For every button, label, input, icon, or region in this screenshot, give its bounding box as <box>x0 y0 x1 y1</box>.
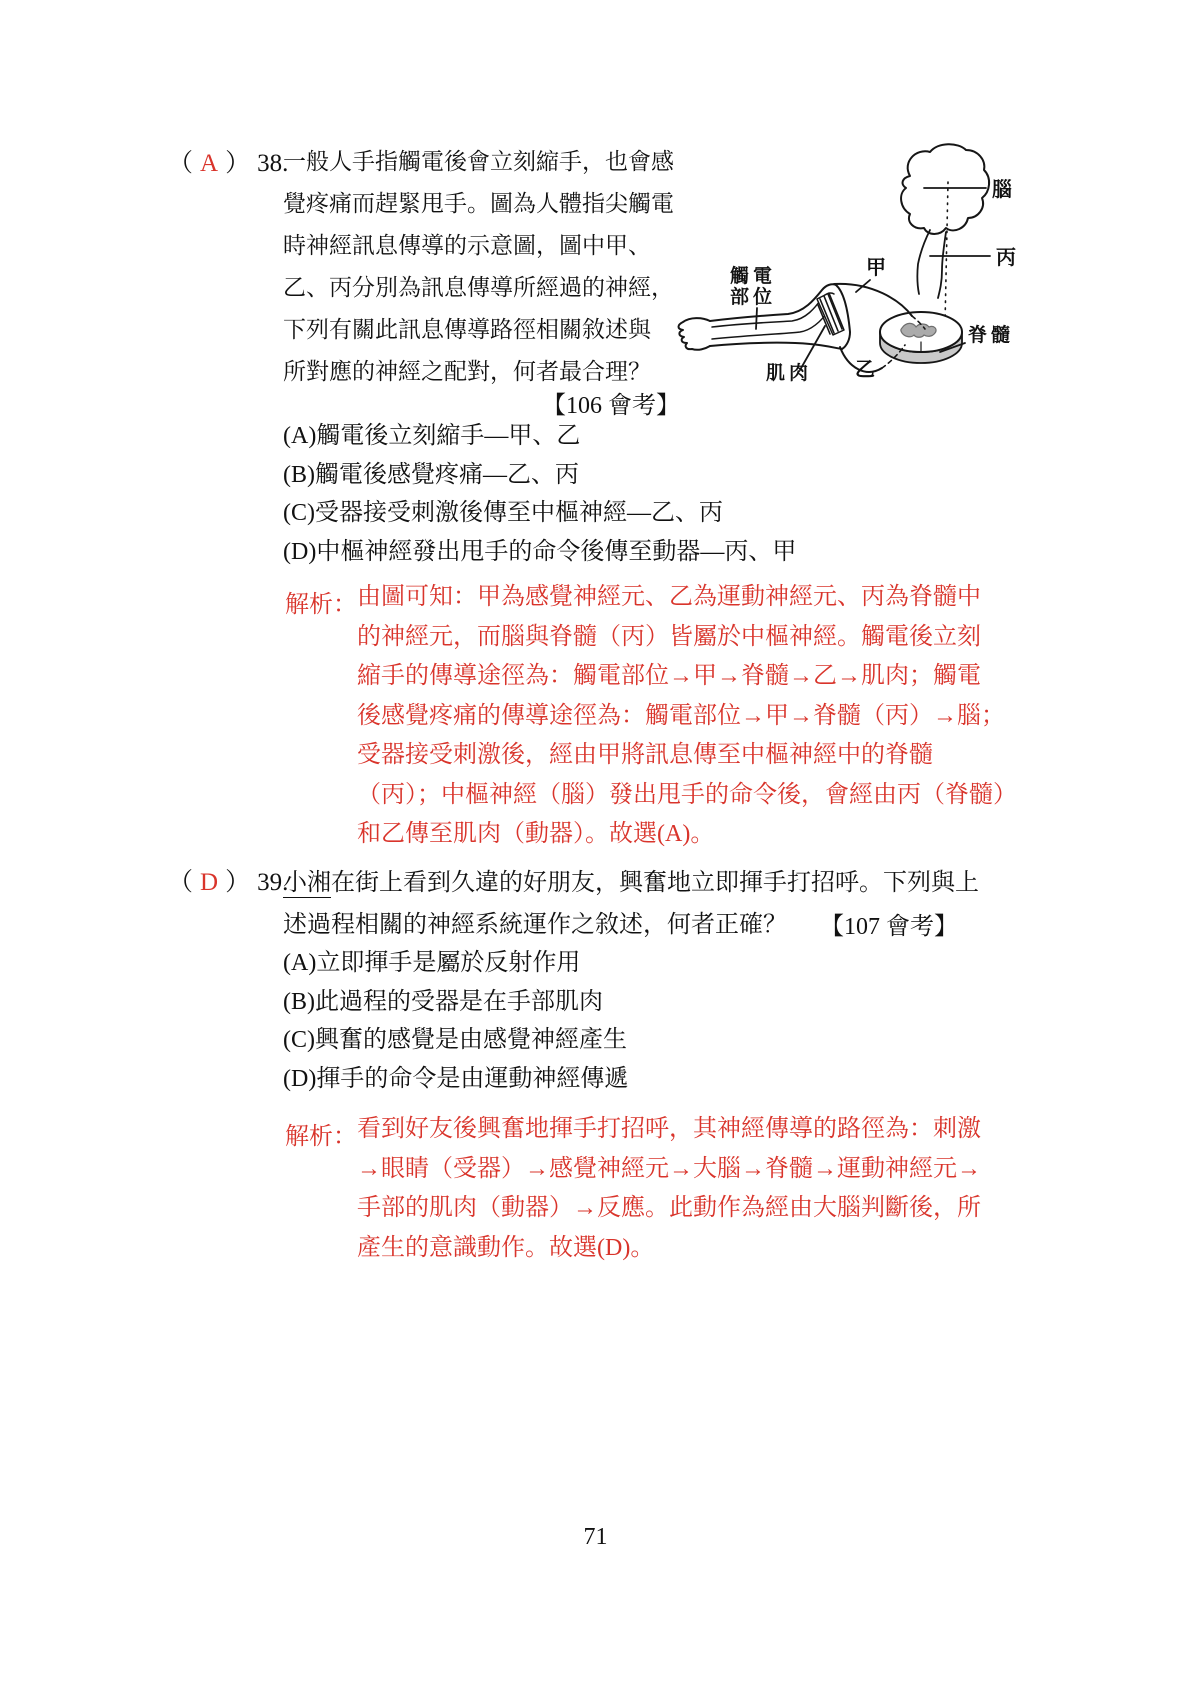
cns-dotted-line <box>945 182 948 324</box>
q39-analysis-label: 解析： <box>285 1116 357 1151</box>
q38-analysis-label: 解析： <box>285 584 357 619</box>
q39-subject-name: 小湘 <box>283 870 331 898</box>
shock-site-label-line2: 部位 <box>730 285 776 308</box>
q38-paren-close: ） <box>225 150 250 177</box>
q39-option-d: (D)揮手的命令是由運動神經傳遞 <box>283 1060 628 1099</box>
q39-exam-tag: 【107 會考】 <box>820 906 958 941</box>
brainstem-left-line <box>917 230 930 294</box>
q38-option-a: (A)觸電後立刻縮手—甲、乙 <box>283 417 796 456</box>
q38-options: (A)觸電後立刻縮手—甲、乙 (B)觸電後感覺疼痛—乙、丙 (C)受器接受刺激後… <box>283 417 796 571</box>
q39-option-c: (C)興奮的感覺是由感覺神經產生 <box>283 1021 628 1060</box>
q39-question-line1: 小湘在街上看到久違的好朋友，興奮地立即揮手打招呼。下列與上 <box>283 862 979 904</box>
arm-bottom-edge <box>710 343 842 349</box>
q39-analysis-text: 看到好友後興奮地揮手打招呼，其神經傳導的路徑為：刺激 →眼睛（受器）→感覺神經元… <box>357 1110 1037 1268</box>
q38-nerve-pathway-figure: 腦 丙 甲 乙 肌肉 觸電 部位 脊髓 <box>672 142 1050 387</box>
spinal-cord-label: 脊髓 <box>968 323 1014 346</box>
q39-answer-letter: D <box>200 869 218 896</box>
jia-label: 甲 <box>866 256 886 279</box>
q39-line1-rest: 在街上看到久違的好朋友，興奮地立即揮手打招呼。下列與上 <box>331 870 979 896</box>
q38-question-text: 一般人手指觸電後會立刻縮手，也會感 覺疼痛而趕緊甩手。圖為人體指尖觸電 時神經訊… <box>283 141 683 393</box>
q38-exam-tag: 【106 會考】 <box>542 385 680 420</box>
q39-paren-close: ） <box>225 869 250 896</box>
q39-paren-open: （ <box>168 869 193 896</box>
q38-option-d: (D)中樞神經發出甩手的命令後傳至動器—丙、甲 <box>283 533 796 572</box>
shock-site-label-line1: 觸電 <box>730 264 776 287</box>
q39-option-a: (A)立即揮手是屬於反射作用 <box>283 944 628 983</box>
muscle-label: 肌肉 <box>766 362 812 384</box>
q38-option-c: (C)受器接受刺激後傳至中樞神經—乙、丙 <box>283 494 796 533</box>
brainstem-right-line <box>938 232 946 298</box>
q38-answer-letter: A <box>200 150 218 177</box>
brain-label: 腦 <box>992 178 1012 201</box>
page-number: 71 <box>0 1524 1191 1551</box>
exam-solution-page: （A）38. 一般人手指觸電後會立刻縮手，也會感 覺疼痛而趕緊甩手。圖為人體指尖… <box>0 0 1191 1684</box>
q38-analysis-text: 由圖可知：甲為感覺神經元、乙為運動神經元、丙為脊髓中 的神經元，而腦與脊髓（丙）… <box>357 578 1037 855</box>
q38-answer-marker: （A）38. <box>168 143 288 179</box>
brain-outline <box>901 144 989 234</box>
hand-outline <box>679 318 711 350</box>
yi-label: 乙 <box>855 359 875 381</box>
arm-inner-line-2 <box>712 309 830 339</box>
sensory-nerve-curve <box>834 284 912 316</box>
q39-answer-marker: （D）39. <box>168 862 288 898</box>
bing-label: 丙 <box>996 246 1016 269</box>
q38-paren-open: （ <box>168 150 193 177</box>
q39-options: (A)立即揮手是屬於反射作用 (B)此過程的受器是在手部肌肉 (C)興奮的感覺是… <box>283 944 628 1098</box>
q39-option-b: (B)此過程的受器是在手部肌肉 <box>283 983 628 1022</box>
q38-option-b: (B)觸電後感覺疼痛—乙、丙 <box>283 456 796 495</box>
q39-question-line2: 述過程相關的神經系統運作之敘述，何者正確？ <box>283 904 787 946</box>
shock-site-label-line <box>756 308 757 329</box>
